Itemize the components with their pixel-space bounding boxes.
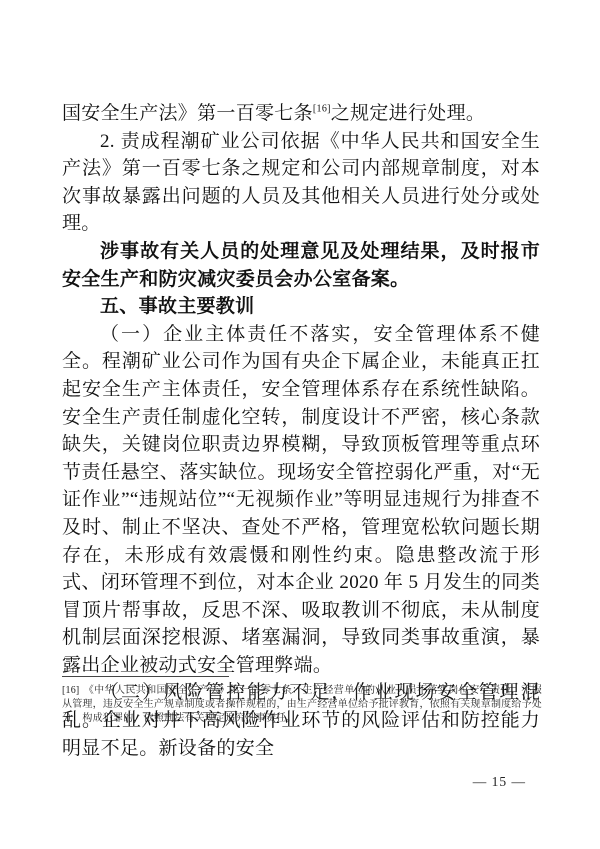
section-heading-lessons: 五、事故主要教训 (62, 293, 540, 321)
document-page: 国安全生产法》第一百零七条[16]之规定进行处理。 2. 责成程潮矿业公司依据《… (0, 0, 600, 849)
footnote-16-marker: [16] (62, 685, 79, 696)
page-number: — 15 — (473, 774, 526, 790)
paragraph-continuation-tail: 之规定进行处理。 (331, 103, 485, 124)
footnote-16-text: 《中华人民共和国安全生产法》第一百零七条：生产经营单位的从业人员不落实岗位安全责… (62, 685, 542, 724)
footnote-16: [16]《中华人民共和国安全生产法》第一百零七条：生产经营单位的从业人员不落实岗… (62, 684, 542, 727)
paragraph-reporting-requirement: 涉事故有关人员的处理意见及处理结果，及时报市安全生产和防灾减灾委员会办公室备案。 (62, 238, 540, 293)
paragraph-item-2: 2. 责成程潮矿业公司依据《中华人民共和国安全生产法》第一百零七条之规定和公司内… (62, 128, 540, 238)
paragraph-lesson-1: （一）企业主体责任不落实，安全管理体系不健全。程潮矿业公司作为国有央企下属企业，… (62, 321, 540, 680)
footnote-separator-rule (62, 676, 229, 677)
document-body: 国安全生产法》第一百零七条[16]之规定进行处理。 2. 责成程潮矿业公司依据《… (62, 100, 540, 762)
paragraph-continuation: 国安全生产法》第一百零七条[16]之规定进行处理。 (62, 100, 540, 128)
footnote-reference-16: [16] (313, 104, 331, 115)
footnote-section: [16]《中华人民共和国安全生产法》第一百零七条：生产经营单位的从业人员不落实岗… (62, 676, 542, 727)
paragraph-continuation-lead: 国安全生产法》第一百零七条 (62, 103, 313, 124)
